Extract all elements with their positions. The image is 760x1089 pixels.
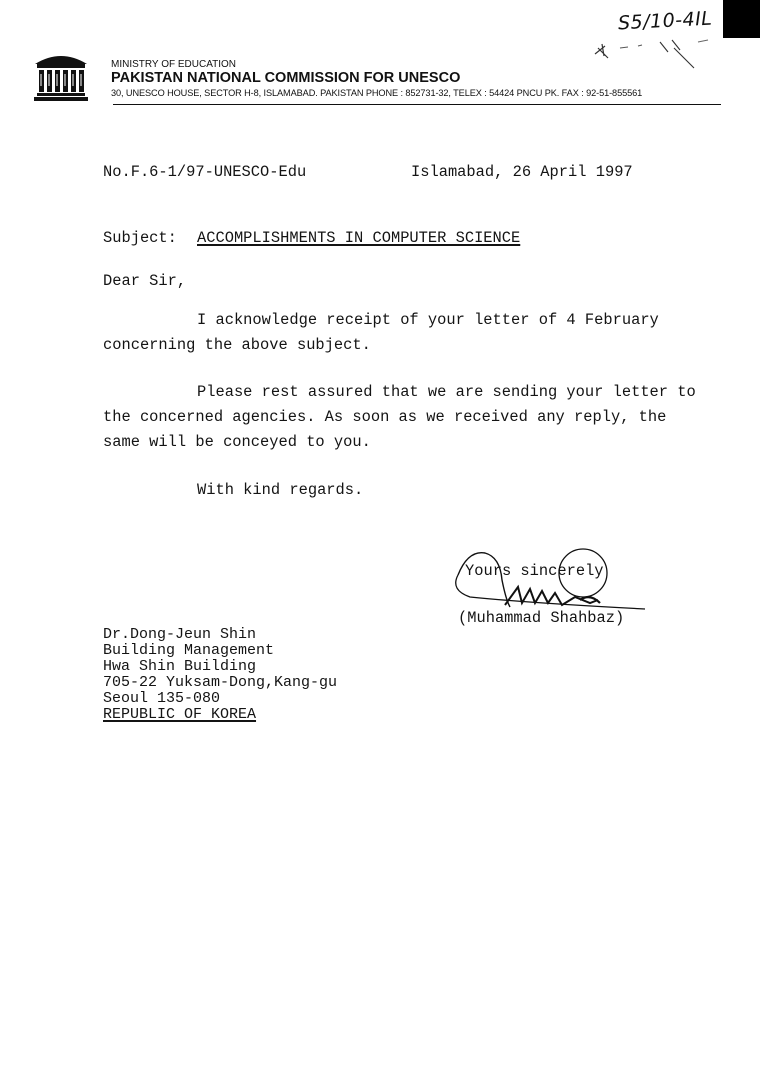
subject-label: Subject:: [103, 229, 177, 247]
paragraph-1-line-2: concerning the above subject.: [103, 336, 371, 354]
organization-name: PAKISTAN NATIONAL COMMISSION FOR UNESCO: [111, 70, 460, 86]
closing-remark: With kind regards.: [197, 481, 363, 499]
letter-page: S5/10-4IL MINISTRY OF EDUCATION PAKISTAN…: [0, 0, 760, 1089]
paragraph-1-line-1: I acknowledge receipt of your letter of …: [197, 311, 659, 329]
paragraph-2-line-2: the concerned agencies. As soon as we re…: [103, 408, 666, 426]
recipient-name: Dr.Dong-Jeun Shin: [103, 627, 256, 643]
ministry-name: MINISTRY OF EDUCATION: [111, 59, 236, 70]
subject-text: ACCOMPLISHMENTS IN COMPUTER SCIENCE: [197, 229, 520, 247]
recipient-department: Building Management: [103, 643, 274, 659]
recipient-building: Hwa Shin Building: [103, 659, 256, 675]
letterhead-divider: [113, 104, 721, 105]
paragraph-2-line-3: same will be conceyed to you.: [103, 433, 371, 451]
recipient-city: Seoul 135-080: [103, 691, 220, 707]
unesco-logo-icon: [31, 50, 91, 102]
recipient-country: REPUBLIC OF KOREA: [103, 707, 256, 723]
scribble-icon: [590, 36, 720, 71]
signatory-name: (Muhammad Shahbaz): [458, 609, 624, 627]
place-date: Islamabad, 26 April 1997: [411, 163, 633, 181]
recipient-street: 705-22 Yuksam-Dong,Kang-gu: [103, 675, 337, 691]
paragraph-2-line-1: Please rest assured that we are sending …: [197, 383, 696, 401]
organization-address: 30, UNESCO HOUSE, SECTOR H-8, ISLAMABAD.…: [111, 88, 642, 98]
redaction-block: [723, 0, 760, 38]
reference-number: No.F.6-1/97-UNESCO-Edu: [103, 163, 306, 181]
handwritten-reference: S5/10-4IL: [617, 8, 712, 35]
salutation: Dear Sir,: [103, 272, 186, 290]
